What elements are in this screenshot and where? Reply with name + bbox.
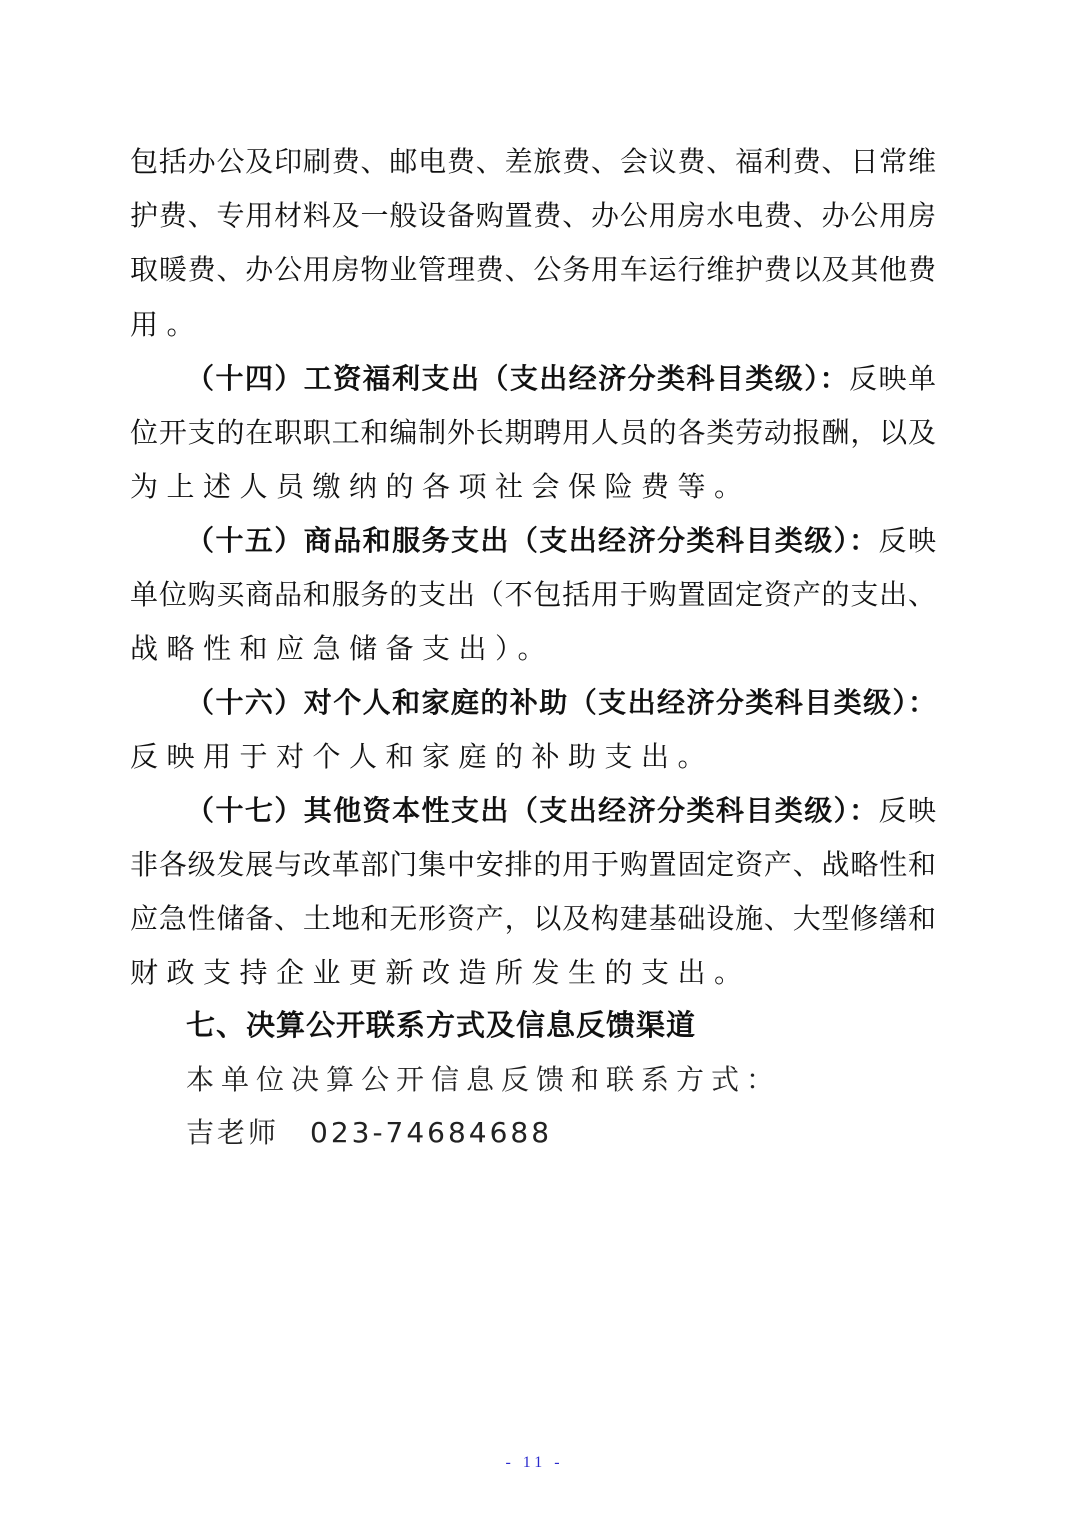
item-17-line: 财政支持企业更新改造所发生的支出。 [130,953,936,993]
body-line: 包括办公及印刷费、邮电费、差旅费、会议费、福利费、日常维 [130,142,936,182]
body-line: 取暖费、办公用房物业管理费、公务用车运行维护费以及其他费 [130,250,936,290]
item-15-title-line: （十五）商品和服务支出（支出经济分类科目类级）：反映 [186,521,936,561]
item-15-line: 战略性和应急储备支出）。 [130,629,936,669]
item-14-tail: 反映单 [849,362,936,395]
item-14-line: 位开支的在职职工和编制外长期聘用人员的各类劳动报酬，以及 [130,413,936,453]
body-line: 用。 [130,305,936,345]
item-15-line: 单位购买商品和服务的支出（不包括用于购置固定资产的支出、 [130,575,936,615]
contact-intro: 本单位决算公开信息反馈和联系方式： [186,1060,781,1100]
item-14-line: 为上述人员缴纳的各项社会保险费等。 [130,467,936,507]
item-16-line: 反映用于对个人和家庭的补助支出。 [130,737,936,777]
item-17-title-line: （十七）其他资本性支出（支出经济分类科目类级）：反映 [186,791,936,831]
contact-line: 吉老师 023-74684688 [186,1113,552,1153]
item-15-tail: 反映 [879,524,936,557]
document-page: 包括办公及印刷费、邮电费、差旅费、会议费、福利费、日常维 护费、专用材料及一般设… [0,0,1069,1515]
item-15-title: （十五）商品和服务支出（支出经济分类科目类级）： [186,524,879,557]
item-17-line: 非各级发展与改革部门集中安排的用于购置固定资产、战略性和 [130,845,936,885]
item-16-title-line: （十六）对个人和家庭的补助（支出经济分类科目类级）： [186,683,936,723]
section-heading: 七、决算公开联系方式及信息反馈渠道 [186,1005,696,1045]
item-17-line: 应急性储备、土地和无形资产，以及构建基础设施、大型修缮和 [130,899,936,939]
item-17-title: （十七）其他资本性支出（支出经济分类科目类级）： [186,794,879,827]
item-14-title: （十四）工资福利支出（支出经济分类科目类级）： [186,362,849,395]
item-14-title-line: （十四）工资福利支出（支出经济分类科目类级）：反映单 [186,359,936,399]
body-line: 护费、专用材料及一般设备购置费、办公用房水电费、办公用房 [130,196,936,236]
item-16-title: （十六）对个人和家庭的补助（支出经济分类科目类级）： [186,686,936,719]
page-number: - 11 - [0,1454,1069,1472]
item-17-tail: 反映 [879,794,936,827]
